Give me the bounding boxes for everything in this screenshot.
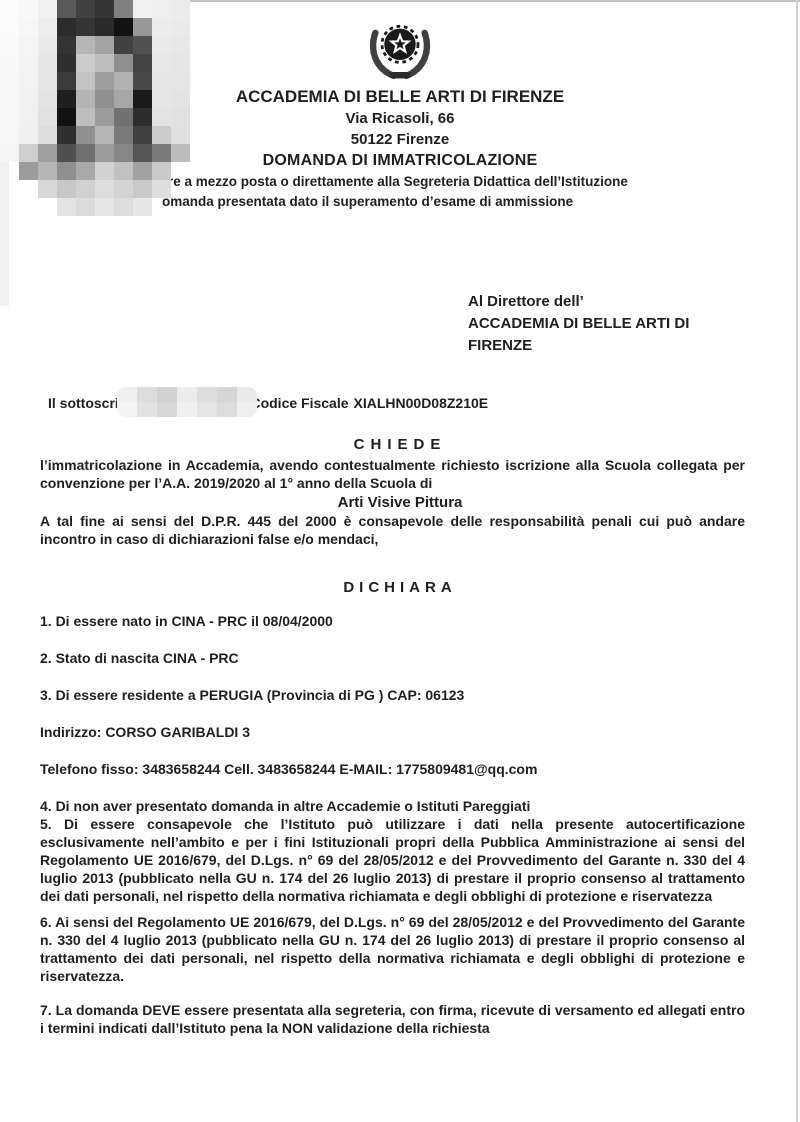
decl-privacy-consent-5: 5. Di essere consapevole che l’Istituto … (40, 815, 745, 905)
decl-no-other-application: 4. Di non aver presentato domanda in alt… (40, 797, 745, 815)
recipient-institution: ACCADEMIA DI BELLE ARTI DI (468, 313, 800, 335)
recipient-block: Al Direttore dell’ ACCADEMIA DI BELLE AR… (468, 291, 800, 357)
decl-born: 1. Di essere nato in CINA - PRC il 08/04… (40, 612, 745, 630)
applicant-prefix: Il sottoscrit (48, 395, 123, 411)
decl-residence: 3. Di essere residente a PERUGIA (Provin… (40, 686, 745, 704)
fiscal-code-value: XIALHN00D08Z210E (354, 395, 489, 411)
decl-phone-email: Telefono fisso: 3483658244 Cell. 3483658… (40, 760, 745, 778)
recipient-city: FIRENZE (468, 335, 800, 357)
decl-privacy-consent-6: 6. Ai sensi del Regolamento UE 2016/679,… (40, 913, 745, 985)
school-name: Arti Visive Pittura (0, 493, 800, 512)
chiede-heading: CHIEDE (0, 434, 800, 456)
decl-submission-rule-7: 7. La domanda DEVE essere presentata all… (40, 1001, 745, 1037)
recipient-salutation: Al Direttore dell’ (468, 291, 800, 313)
fiscal-code-label: Codice Fiscale (250, 395, 348, 411)
dichiara-heading: DICHIARA (0, 577, 800, 599)
redacted-photo-mosaic (0, 0, 190, 216)
request-paragraph: l’immatricolazione in Accademia, avendo … (40, 456, 745, 492)
applicant-line: Il sottoscrit Codice Fiscale XIALHN00D08… (48, 388, 800, 418)
decl-birth-country: 2. Stato di nascita CINA - PRC (40, 649, 745, 667)
redacted-name-mosaic (117, 387, 257, 417)
republic-emblem-icon (363, 10, 437, 86)
scan-edge-right (796, 0, 798, 1122)
document-page: ACCADEMIA DI BELLE ARTI DI FIRENZE Via R… (0, 0, 800, 1122)
premise-paragraph: A tal fine ai sensi del D.P.R. 445 del 2… (40, 512, 745, 548)
decl-address: Indirizzo: CORSO GARIBALDI 3 (40, 723, 745, 741)
